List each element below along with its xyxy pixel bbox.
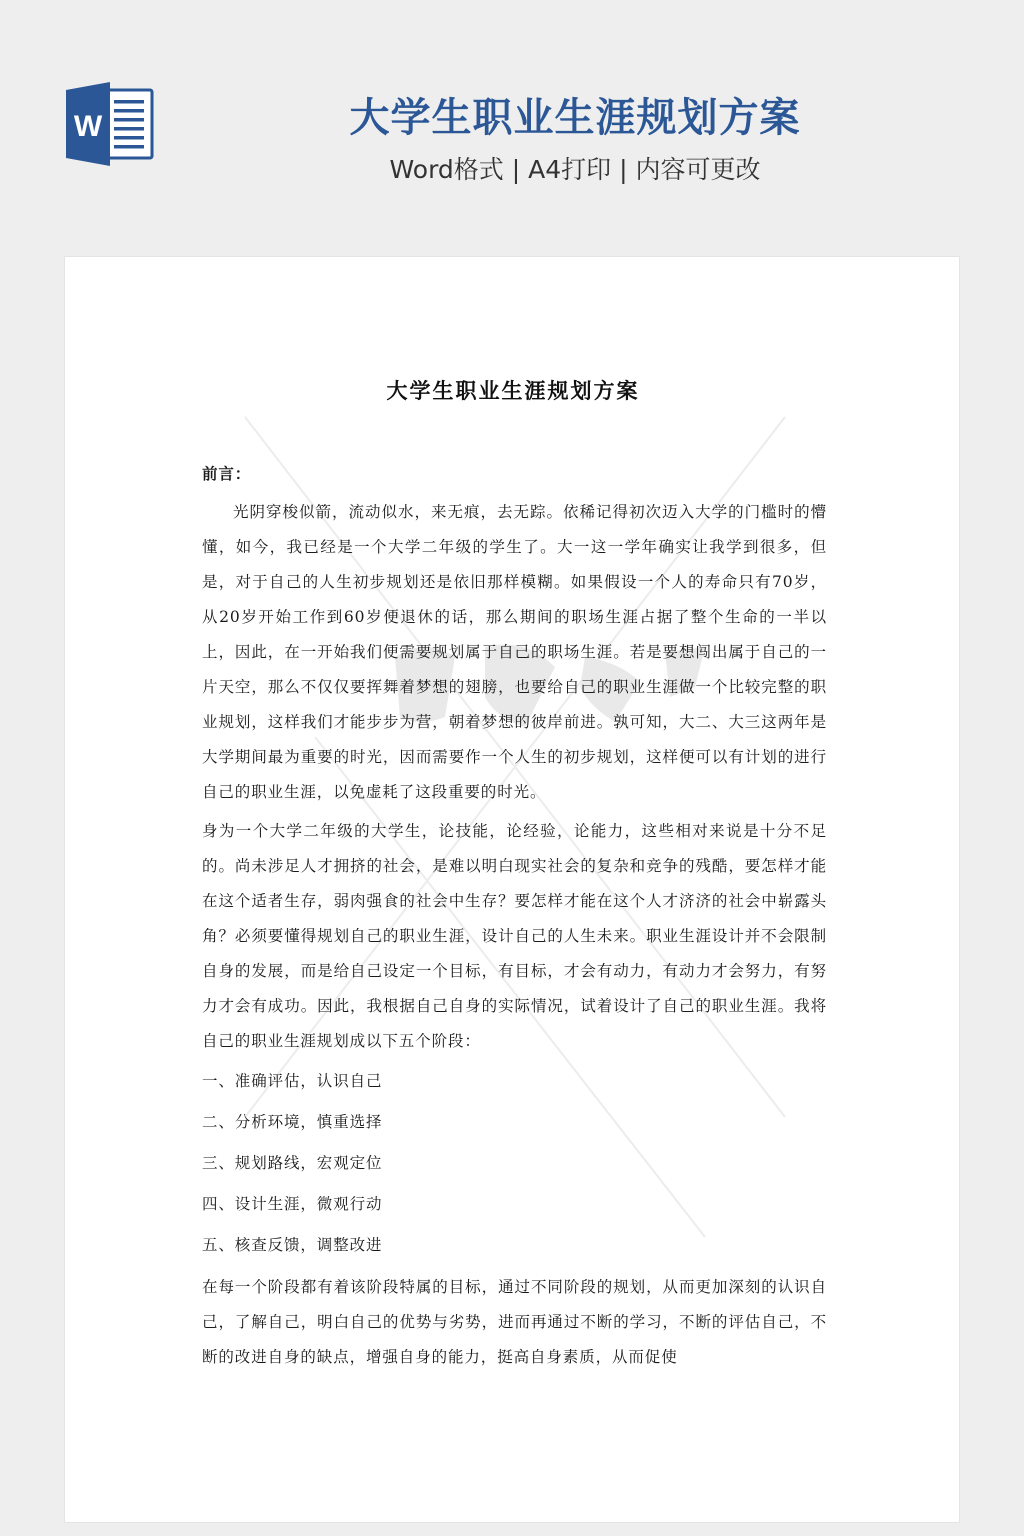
document-title: 大学生职业生涯规划方案: [65, 375, 960, 405]
paragraph-stages-lead: 身为一个大学二年级的大学生，论技能，论经验，论能力，这些相对来说是十分不足的。尚…: [202, 814, 827, 1059]
banner-header: W 大学生职业生涯规划方案 Word格式 | A4打印 | 内容可更改: [0, 0, 1024, 256]
banner-title: 大学生职业生涯规划方案: [290, 92, 860, 144]
paragraph-closing: 在每一个阶段都有着该阶段特属的目标，通过不同阶段的规划，从而更加深刻的认识自己，…: [202, 1270, 827, 1375]
stage-item-4: 四、设计生涯，微观行动: [202, 1184, 827, 1225]
document-body: 前言： 光阴穿梭似箭，流动似水，来无痕，去无踪。依稀记得初次迈入大学的门槛时的懵…: [202, 459, 827, 1375]
word-document-icon: W: [64, 80, 156, 166]
paragraph-intro: 光阴穿梭似箭，流动似水，来无痕，去无踪。依稀记得初次迈入大学的门槛时的懵懂，如今…: [202, 495, 827, 810]
stage-item-5: 五、核查反馈，调整改进: [202, 1225, 827, 1266]
stage-item-2: 二、分析环境，慎重选择: [202, 1102, 827, 1143]
stage-item-1: 一、准确评估，认识自己: [202, 1061, 827, 1102]
banner-subtitle: Word格式 | A4打印 | 内容可更改: [290, 152, 860, 188]
stage-item-3: 三、规划路线，宏观定位: [202, 1143, 827, 1184]
document-page: 大学生职业生涯规划方案 前言： 光阴穿梭似箭，流动似水，来无痕，去无踪。依稀记得…: [64, 256, 960, 1523]
stage-list: 一、准确评估，认识自己 二、分析环境，慎重选择 三、规划路线，宏观定位 四、设计…: [202, 1061, 827, 1266]
preface-label: 前言：: [202, 459, 827, 489]
svg-text:W: W: [74, 110, 103, 143]
